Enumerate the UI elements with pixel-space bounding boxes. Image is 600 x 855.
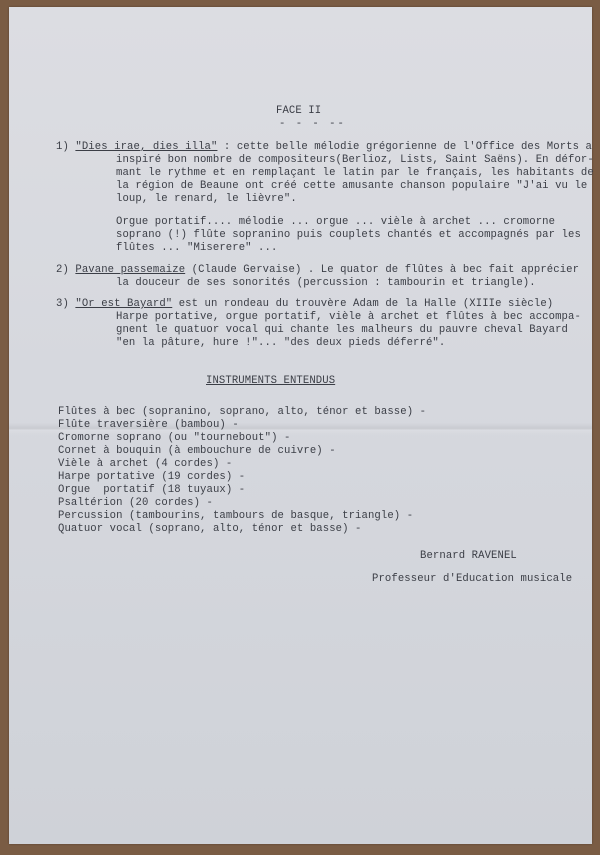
item-line: (Claude Gervaise) . Le quator de flûtes …: [185, 264, 579, 276]
title-rule: - - - --: [279, 118, 346, 131]
item-line: Harpe portative, orgue portatif, vièle à…: [116, 311, 581, 324]
instrument-item: Flûtes à bec (sopranino, soprano, alto, …: [58, 406, 426, 419]
instruments-heading: INSTRUMENTS ENTENDUS: [206, 375, 335, 388]
instrument-item: Cornet à bouquin (à embouchure de cuivre…: [58, 445, 336, 458]
item-1-heading: 1) "Dies irae, dies illa" : cette belle …: [56, 141, 592, 154]
item-number: 1): [56, 141, 69, 153]
item-2-heading: 2) Pavane passemaize (Claude Gervaise) .…: [56, 264, 579, 277]
signature-role: Professeur d'Education musicale: [372, 573, 572, 586]
instrument-item: Harpe portative (19 cordes) -: [58, 471, 245, 484]
note-line: soprano (!) flûte sopranino puis couplet…: [116, 229, 581, 242]
item-line: "en la pâture, hure !"... "des deux pied…: [116, 337, 445, 350]
instrument-item: Flûte traversière (bambou) -: [58, 419, 239, 432]
item-line: loup, le renard, le lièvre".: [116, 193, 297, 206]
note-line: flûtes ... "Miserere" ...: [116, 242, 277, 255]
item-line: mant le rythme et en remplaçant le latin…: [116, 167, 594, 180]
page-title: FACE II: [276, 105, 321, 118]
item-line: la douceur de ses sonorités (percussion …: [116, 277, 536, 290]
item-line: la région de Beaune ont créé cette amusa…: [116, 180, 587, 193]
item-title: "Dies irae, dies illa": [75, 141, 217, 153]
item-number: 3): [56, 298, 69, 310]
item-3-heading: 3) "Or est Bayard" est un rondeau du tro…: [56, 298, 553, 311]
item-line: est un rondeau du trouvère Adam de la Ha…: [172, 298, 553, 310]
item-line: inspiré bon nombre de compositeurs(Berli…: [116, 154, 594, 167]
note-line: Orgue portatif.... mélodie ... orgue ...…: [116, 216, 555, 229]
instrument-item: Vièle à archet (4 cordes) -: [58, 458, 232, 471]
instrument-item: Percussion (tambourins, tambours de basq…: [58, 510, 413, 523]
item-title: Pavane passemaize: [75, 264, 185, 276]
item-number: 2): [56, 264, 69, 276]
instrument-item: Quatuor vocal (soprano, alto, ténor et b…: [58, 523, 362, 536]
item-line: : cette belle mélodie grégorienne de l'O…: [217, 141, 592, 153]
instrument-item: Psaltérion (20 cordes) -: [58, 497, 213, 510]
instrument-item: Orgue portatif (18 tuyaux) -: [58, 484, 245, 497]
signature-name: Bernard RAVENEL: [420, 550, 517, 563]
item-line: gnent le quatuor vocal qui chante les ma…: [116, 324, 568, 337]
item-title: "Or est Bayard": [75, 298, 172, 310]
instrument-item: Cromorne soprano (ou "tournebout") -: [58, 432, 290, 445]
